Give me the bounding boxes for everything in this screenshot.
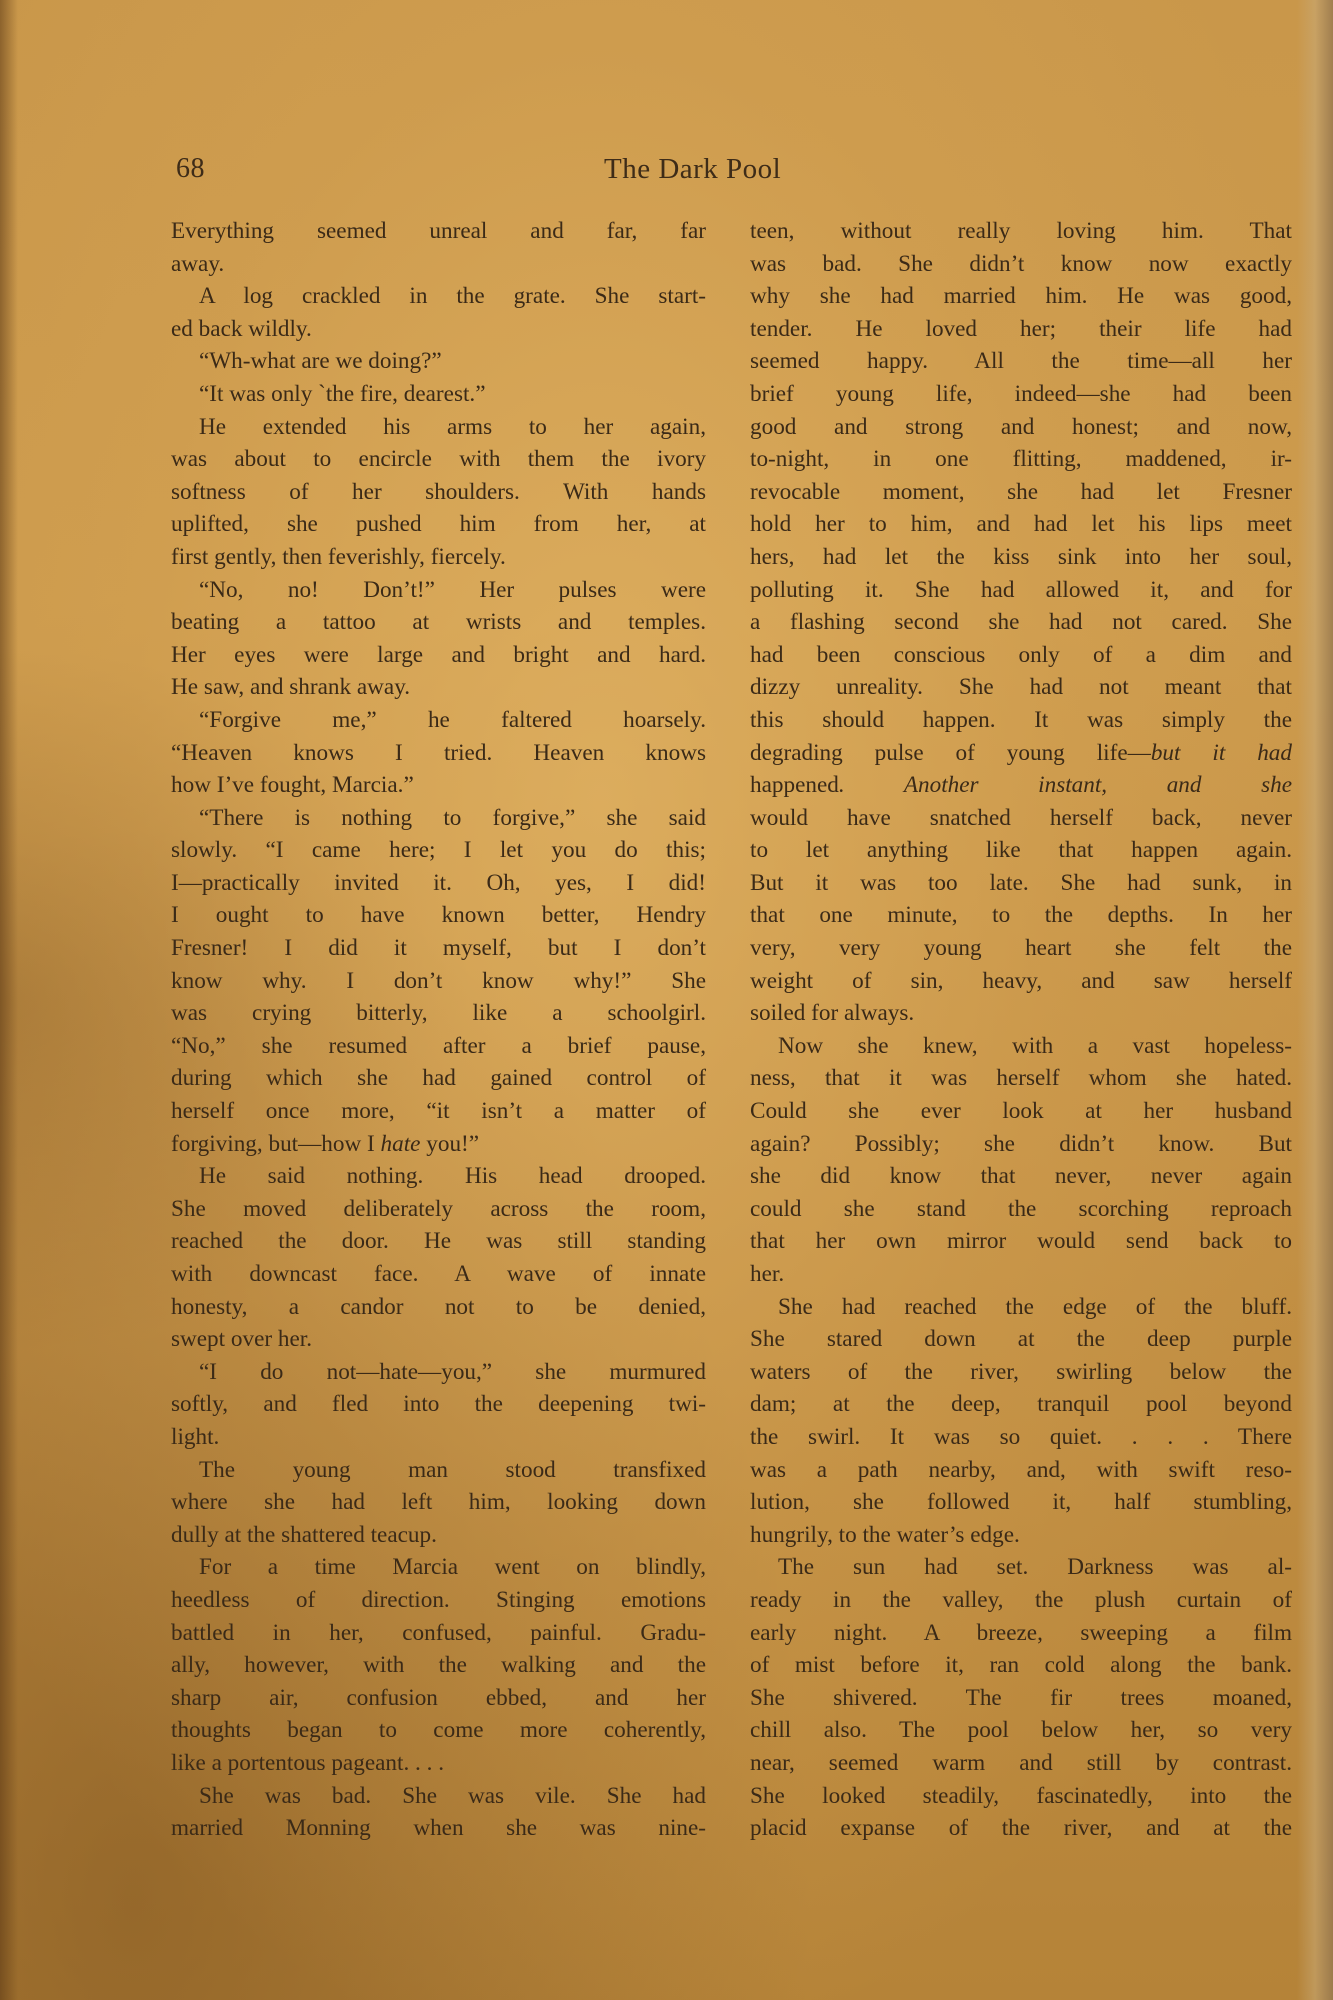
text-line: brief young life, indeed—she had been [750,378,1292,411]
text-line: For a time Marcia went on blindly, [171,1551,706,1584]
book-page: 68 The Dark Pool Everything seemed unrea… [0,0,1333,2000]
text-line: had been conscious only of a dim and [750,639,1292,672]
text-line: She looked steadily, fascinatedly, into … [750,1780,1292,1813]
text-line: revocable moment, she had let Fresner [750,476,1292,509]
text-line: dully at the shattered teacup. [171,1519,706,1552]
text-line: hers, had let the kiss sink into her sou… [750,541,1292,574]
text-line: Everything seemed unreal and far, far [171,215,706,248]
text-line: The young man stood transfixed [171,1454,706,1487]
text-line: honesty, a candor not to be denied, [171,1291,706,1324]
text-line: married Monning when she was nine- [171,1812,706,1845]
text-line: a flashing second she had not cared. She [750,606,1292,639]
text-line: heedless of direction. Stinging emotions [171,1584,706,1617]
text-line: reached the door. He was still standing [171,1225,706,1258]
text-line: I ought to have known better, Hendry [171,899,706,932]
text-line: away. [171,248,706,281]
text-line: was crying bitterly, like a schoolgirl. [171,997,706,1030]
text-line: dam; at the deep, tranquil pool beyond [750,1388,1292,1421]
text-line: sharp air, confusion ebbed, and her [171,1682,706,1715]
text-line: Fresner! I did it myself, but I don’t [171,932,706,965]
text-line: her. [750,1258,1292,1291]
text-line: ed back wildly. [171,313,706,346]
text-line: was bad. She didn’t know now exactly [750,248,1292,281]
running-title: The Dark Pool [604,153,781,186]
text-column-left: Everything seemed unreal and far, farawa… [171,215,706,1845]
text-line: “It was only `the fire, dearest.” [171,378,706,411]
text-line: battled in her, confused, painful. Gradu… [171,1617,706,1650]
text-line: to-night, in one flitting, maddened, ir- [750,443,1292,476]
text-line: that her own mirror would send back to [750,1225,1292,1258]
text-line: teen, without really loving him. That [750,215,1292,248]
text-line: would have snatched herself back, never [750,802,1292,835]
text-line: beating a tattoo at wrists and temples. [171,606,706,639]
text-line: lution, she followed it, half stumbling, [750,1486,1292,1519]
text-line: “There is nothing to forgive,” she said [171,802,706,835]
text-line: “No, no! Don’t!” Her pulses were [171,574,706,607]
text-line: hold her to him, and had let his lips me… [750,508,1292,541]
text-line: first gently, then feverishly, fiercely. [171,541,706,574]
text-line: near, seemed warm and still by contrast. [750,1747,1292,1780]
page-header: 68 The Dark Pool [176,153,1296,193]
text-line: to let anything like that happen again. [750,834,1292,867]
text-line: with downcast face. A wave of innate [171,1258,706,1291]
text-line: softness of her shoulders. With hands [171,476,706,509]
text-line: of mist before it, ran cold along the ba… [750,1649,1292,1682]
text-line: He saw, and shrank away. [171,671,706,704]
text-line: She had reached the edge of the bluff. [750,1291,1292,1324]
text-line: like a portentous pageant. . . . [171,1747,706,1780]
text-line: ready in the valley, the plush curtain o… [750,1584,1292,1617]
text-line: uplifted, she pushed him from her, at [171,508,706,541]
text-line: seemed happy. All the time—all her [750,345,1292,378]
text-line: “I do not—hate—you,” she murmured [171,1356,706,1389]
text-line: how I’ve fought, Marcia.” [171,769,706,802]
text-line: ally, however, with the walking and the [171,1649,706,1682]
text-line: thoughts began to come more coherently, [171,1714,706,1747]
page-number: 68 [176,153,205,185]
text-line: I—practically invited it. Oh, yes, I did… [171,867,706,900]
text-line: was about to encircle with them the ivor… [171,443,706,476]
text-line: waters of the river, swirling below the [750,1356,1292,1389]
text-line: the swirl. It was so quiet. . . . There [750,1421,1292,1454]
text-line: was a path nearby, and, with swift reso- [750,1454,1292,1487]
text-line: chill also. The pool below her, so very [750,1714,1292,1747]
text-column-right: teen, without really loving him. Thatwas… [750,215,1292,1845]
text-line: slowly. “I came here; I let you do this; [171,834,706,867]
page-edge-worn [1297,0,1333,2000]
text-line: know why. I don’t know why!” She [171,965,706,998]
text-line: hungrily, to the water’s edge. [750,1519,1292,1552]
text-line: weight of sin, heavy, and saw herself [750,965,1292,998]
text-line: A log crackled in the grate. She start- [171,280,706,313]
text-line: she did know that never, never again [750,1160,1292,1193]
text-line: But it was too late. She had sunk, in [750,867,1292,900]
text-line: forgiving, but—how I hate you!” [171,1128,706,1161]
text-line: herself once more, “it isn’t a matter of [171,1095,706,1128]
text-line: She shivered. The fir trees moaned, [750,1682,1292,1715]
text-line: again? Possibly; she didn’t know. But [750,1128,1292,1161]
text-line: why she had married him. He was good, [750,280,1292,313]
text-line: during which she had gained control of [171,1062,706,1095]
text-line: placid expanse of the river, and at the [750,1812,1292,1845]
text-line: degrading pulse of young life—but it had [750,737,1292,770]
text-line: Her eyes were large and bright and hard. [171,639,706,672]
text-line: early night. A breeze, sweeping a film [750,1617,1292,1650]
text-line: soiled for always. [750,997,1292,1030]
text-line: He extended his arms to her again, [171,411,706,444]
text-line: very, very young heart she felt the [750,932,1292,965]
page-edge-shadow [0,0,18,2000]
text-line: could she stand the scorching reproach [750,1193,1292,1226]
text-line: that one minute, to the depths. In her [750,899,1292,932]
text-line: Now she knew, with a vast hopeless- [750,1030,1292,1063]
text-line: softly, and fled into the deepening twi- [171,1388,706,1421]
text-line: She was bad. She was vile. She had [171,1780,706,1813]
text-line: The sun had set. Darkness was al- [750,1551,1292,1584]
text-line: light. [171,1421,706,1454]
text-line: polluting it. She had allowed it, and fo… [750,574,1292,607]
text-line: where she had left him, looking down [171,1486,706,1519]
text-line: swept over her. [171,1323,706,1356]
text-line: tender. He loved her; their life had [750,313,1292,346]
text-line: this should happen. It was simply the [750,704,1292,737]
text-line: happened. Another instant, and she [750,769,1292,802]
text-line: He said nothing. His head drooped. [171,1160,706,1193]
text-line: ness, that it was herself whom she hated… [750,1062,1292,1095]
text-line: She moved deliberately across the room, [171,1193,706,1226]
text-line: “Wh-what are we doing?” [171,345,706,378]
text-line: Could she ever look at her husband [750,1095,1292,1128]
text-line: She stared down at the deep purple [750,1323,1292,1356]
text-line: “Heaven knows I tried. Heaven knows [171,737,706,770]
text-line: “Forgive me,” he faltered hoarsely. [171,704,706,737]
text-line: dizzy unreality. She had not meant that [750,671,1292,704]
text-line: good and strong and honest; and now, [750,411,1292,444]
text-line: “No,” she resumed after a brief pause, [171,1030,706,1063]
